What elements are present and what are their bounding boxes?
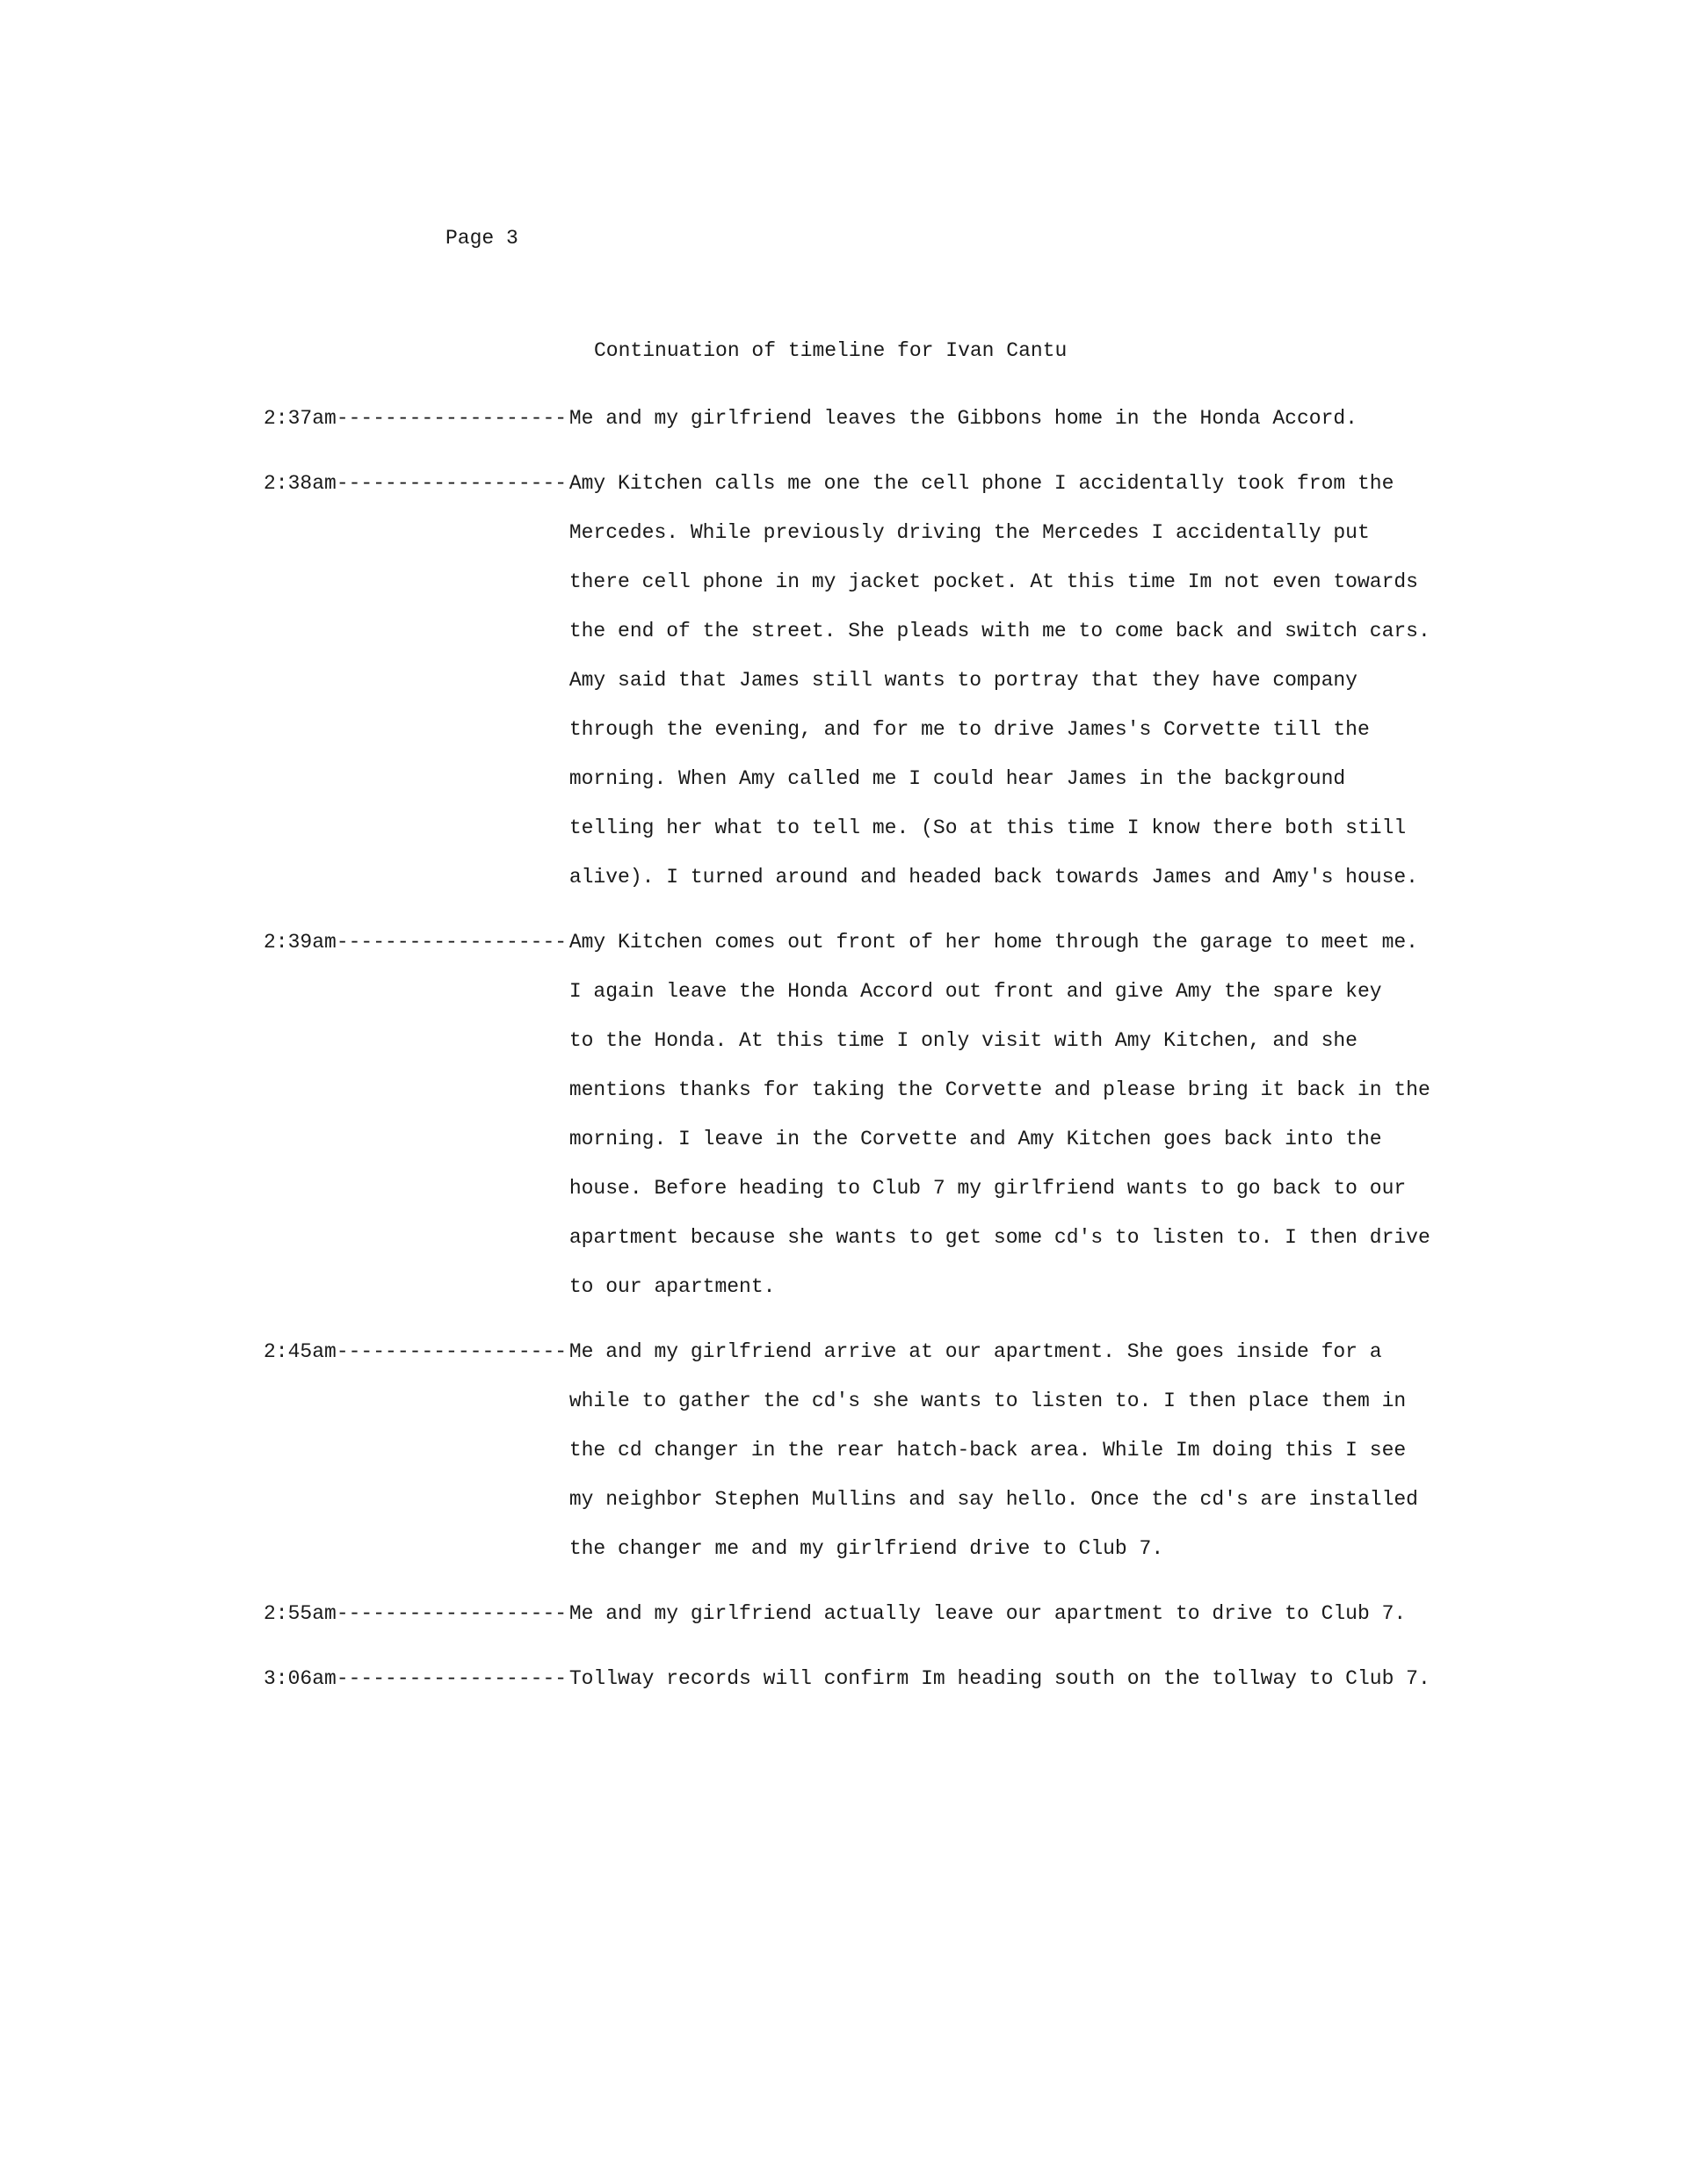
entry-text: Me and my girlfriend actually leave our …	[569, 1589, 1439, 1638]
entry-line: Amy said that James still wants to portr…	[569, 656, 1439, 705]
entry-line: mentions thanks for taking the Corvette …	[569, 1065, 1439, 1114]
entry-text: Me and my girlfriend leaves the Gibbons …	[569, 394, 1439, 443]
entry-line: Me and my girlfriend arrive at our apart…	[569, 1327, 1439, 1376]
entry-time: 2:38am	[264, 459, 337, 508]
entry-line: I again leave the Honda Accord out front…	[569, 967, 1439, 1016]
entry-text: Amy Kitchen calls me one the cell phone …	[569, 459, 1439, 902]
timeline-entry: 2:55am ------------------- Me and my gir…	[264, 1589, 1459, 1638]
dash-leader: -------------------	[337, 918, 569, 967]
entry-line: morning. When Amy called me I could hear…	[569, 754, 1439, 803]
entry-line: house. Before heading to Club 7 my girlf…	[569, 1164, 1439, 1213]
entry-line: Amy Kitchen comes out front of her home …	[569, 918, 1439, 967]
entry-time: 2:37am	[264, 394, 337, 443]
entry-line: the cd changer in the rear hatch-back ar…	[569, 1426, 1439, 1475]
timeline-entry: 2:38am ------------------- Amy Kitchen c…	[264, 459, 1459, 902]
entry-time: 2:45am	[264, 1327, 337, 1376]
entry-time: 2:55am	[264, 1589, 337, 1638]
entry-line: apartment because she wants to get some …	[569, 1213, 1439, 1262]
entry-line: Tollway records will confirm Im heading …	[569, 1654, 1439, 1703]
timeline-entry: 2:37am ------------------- Me and my gir…	[264, 394, 1459, 443]
entry-line: there cell phone in my jacket pocket. At…	[569, 557, 1439, 606]
entry-line: Me and my girlfriend actually leave our …	[569, 1589, 1439, 1638]
scanned-document-page: Page 3 Continuation of timeline for Ivan…	[0, 0, 1687, 2184]
timeline-entry: 2:45am ------------------- Me and my gir…	[264, 1327, 1459, 1573]
entry-time: 3:06am	[264, 1654, 337, 1703]
entry-line: the changer me and my girlfriend drive t…	[569, 1524, 1439, 1573]
timeline-entry: 2:39am ------------------- Amy Kitchen c…	[264, 918, 1459, 1311]
entry-line: Amy Kitchen calls me one the cell phone …	[569, 459, 1439, 508]
entry-text: Me and my girlfriend arrive at our apart…	[569, 1327, 1439, 1573]
entry-line: to the Honda. At this time I only visit …	[569, 1016, 1439, 1065]
entry-line: alive). I turned around and headed back …	[569, 853, 1439, 902]
timeline-entry: 3:06am ------------------- Tollway recor…	[264, 1654, 1459, 1703]
entry-text: Tollway records will confirm Im heading …	[569, 1654, 1439, 1703]
page-number-label: Page 3	[445, 227, 518, 250]
entry-line: through the evening, and for me to drive…	[569, 705, 1439, 754]
entry-line: to our apartment.	[569, 1262, 1439, 1311]
timeline: 2:37am ------------------- Me and my gir…	[264, 394, 1459, 1719]
entry-line: morning. I leave in the Corvette and Amy…	[569, 1114, 1439, 1164]
dash-leader: -------------------	[337, 1589, 569, 1638]
dash-leader: -------------------	[337, 394, 569, 443]
entry-time: 2:39am	[264, 918, 337, 967]
entry-line: Mercedes. While previously driving the M…	[569, 508, 1439, 557]
entry-line: my neighbor Stephen Mullins and say hell…	[569, 1475, 1439, 1524]
dash-leader: -------------------	[337, 1327, 569, 1376]
dash-leader: -------------------	[337, 459, 569, 508]
entry-line: telling her what to tell me. (So at this…	[569, 803, 1439, 853]
document-title: Continuation of timeline for Ivan Cantu	[594, 339, 1067, 362]
entry-line: the end of the street. She pleads with m…	[569, 606, 1439, 656]
entry-text: Amy Kitchen comes out front of her home …	[569, 918, 1439, 1311]
dash-leader: -------------------	[337, 1654, 569, 1703]
entry-line: while to gather the cd's she wants to li…	[569, 1376, 1439, 1426]
entry-line: Me and my girlfriend leaves the Gibbons …	[569, 394, 1439, 443]
